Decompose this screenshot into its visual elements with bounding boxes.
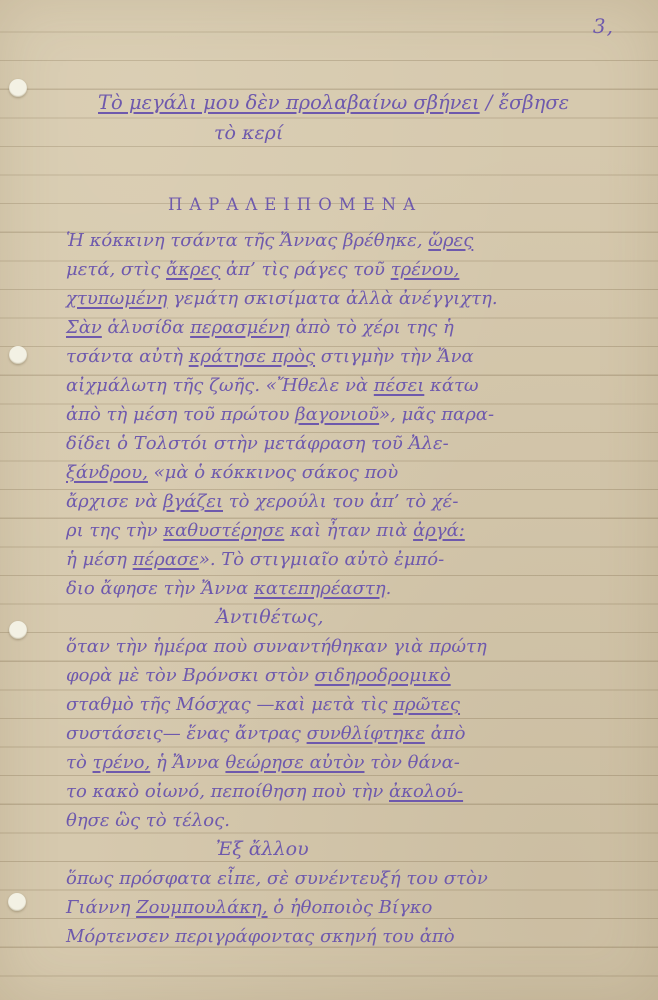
manuscript-line: ἡ μέση πέρασε». Τὸ στιγμιαῖο αὐτὸ ἐμπό- xyxy=(66,545,608,574)
manuscript-line: αἰχμάλωτη τῆς ζωῆς. «Ἤθελε νὰ πέσει κάτω xyxy=(66,371,608,400)
page-number: 3, xyxy=(593,14,614,38)
manuscript-line: Ἡ κόκκινη τσάντα τῆς Ἄννας βρέθηκε, ὥρες xyxy=(66,226,608,255)
hole-punch xyxy=(9,79,27,97)
manuscript-line: ὅπως πρόσφατα εἶπε, σὲ συνέντευξή του στ… xyxy=(66,864,608,893)
manuscript-line: φορὰ μὲ τὸν Βρόνσκι στὸν σιδηροδρομικὸ xyxy=(66,661,608,690)
manuscript: Τὸ μεγάλι μου δὲν προλαβαίνω σβήνει / ἔσ… xyxy=(66,88,608,951)
manuscript-line: ὅταν τὴν ἡμέρα ποὺ συναντήθηκαν γιὰ πρώτ… xyxy=(66,632,608,661)
hole-punch xyxy=(9,346,27,364)
title-line-2: τὸ κερί xyxy=(214,118,608,148)
manuscript-line: σταθμὸ τῆς Μόσχας —καὶ μετὰ τὶς πρῶτες xyxy=(66,690,608,719)
paragraph-heading: Ἐξ ἄλλου xyxy=(216,835,608,864)
manuscript-line: Μόρτενσεν περιγράφοντας σκηνή του ἀπὸ xyxy=(66,922,608,951)
manuscript-line: τὸ τρένο, ἡ Ἄννα θεώρησε αὐτὸν τὸν θάνα- xyxy=(66,748,608,777)
manuscript-line: συστάσεις— ἕνας ἄντρας συνθλίφτηκε ἀπὸ xyxy=(66,719,608,748)
title-line: Τὸ μεγάλι μου δὲν προλαβαίνω σβήνει / ἔσ… xyxy=(98,88,608,118)
manuscript-line: θησε ὣς τὸ τέλος. xyxy=(66,806,608,835)
paragraph-heading: Ἀντιθέτως, xyxy=(216,603,608,632)
manuscript-line: μετά, στὶς ἄκρες ἀπ’ τὶς ράγες τοῦ τρένο… xyxy=(66,255,608,284)
manuscript-line: τσάντα αὐτὴ κράτησε πρὸς στιγμὴν τὴν Ἄνα xyxy=(66,342,608,371)
manuscript-line: δίδει ὁ Τολστόι στὴν μετάφραση τοῦ Ἀλε- xyxy=(66,429,608,458)
manuscript-line: ἄρχισε νὰ βγάζει τὸ χερούλι του ἀπ’ τὸ χ… xyxy=(66,487,608,516)
manuscript-line: ξάνδρου, «μὰ ὁ κόκκινος σάκος ποὺ xyxy=(66,458,608,487)
manuscript-line: ἀπὸ τὴ μέση τοῦ πρώτου βαγονιοῦ», μᾶς πα… xyxy=(66,400,608,429)
manuscript-line: Σὰν ἁλυσίδα περασμένη ἀπὸ τὸ χέρι της ἡ xyxy=(66,313,608,342)
section-heading: ΠΑΡΑΛΕΙΠΟΜΕΝΑ xyxy=(168,192,608,218)
manuscript-line: χτυπωμένη γεμάτη σκισίματα ἀλλὰ ἀνέγγιχτ… xyxy=(66,284,608,313)
manuscript-line: το κακὸ οἰωνό, πεποίθηση ποὺ τὴν ἀκολού- xyxy=(66,777,608,806)
hole-punch xyxy=(8,893,26,911)
manuscript-line: Γιάννη Ζουμπουλάκη, ὁ ἠθοποιὸς Βίγκο xyxy=(66,893,608,922)
hole-punch xyxy=(9,621,27,639)
manuscript-page: 3, Τὸ μεγάλι μου δὲν προλαβαίνω σβήνει /… xyxy=(0,0,658,1000)
manuscript-line: ρι της τὴν καθυστέρησε καὶ ἦταν πιὰ ἀργά… xyxy=(66,516,608,545)
manuscript-line: διο ἄφησε τὴν Ἄννα κατεπηρέαστη. xyxy=(66,574,608,603)
